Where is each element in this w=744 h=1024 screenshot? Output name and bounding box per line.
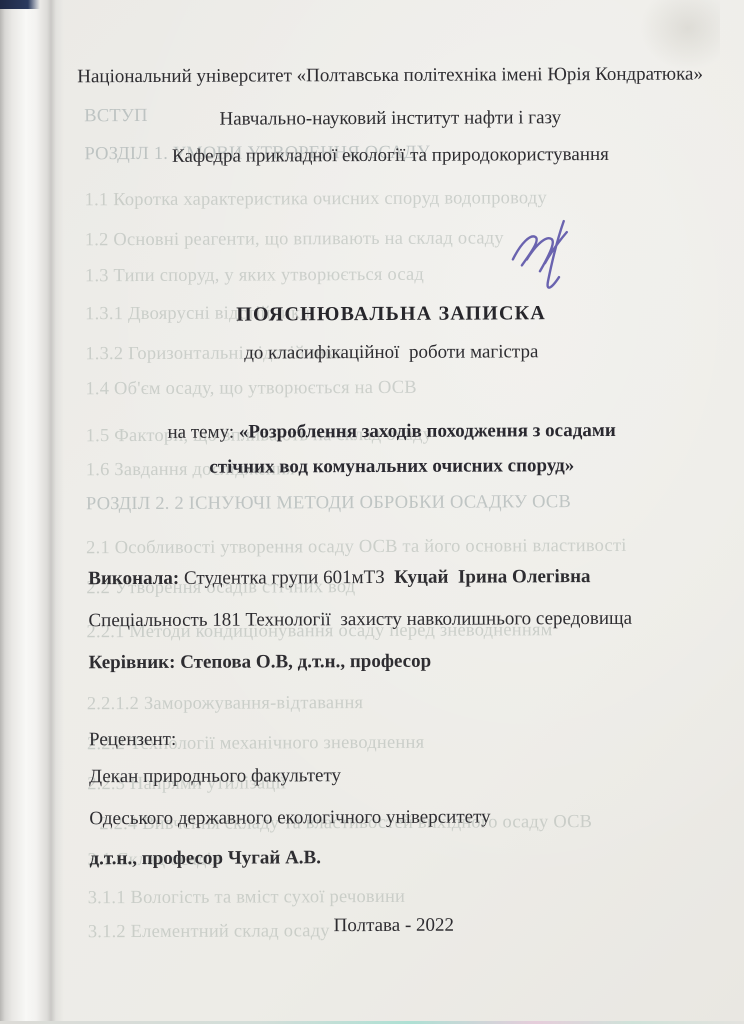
executor-group: Студентка групи 601мТЗ	[179, 567, 394, 589]
university-name: Національний університет «Полтавська пол…	[60, 62, 720, 89]
executor-label: Виконала:	[88, 568, 179, 589]
scanned-page: ВСТУП РОЗДІЛ 1. УМОВИ УТВОРЕННЯ ОСАДУ 1.…	[0, 0, 744, 1024]
institute-name: Навчально-науковий інститут нафти і газу	[60, 105, 720, 132]
document-subtitle: до класифікаційної роботи магістра	[61, 339, 721, 366]
theme-line-2: стічних вод комунальних очисних споруд»	[62, 453, 722, 480]
reviewer-university-line: Одеського державного екологічного універ…	[89, 804, 729, 831]
executor-line: Виконала: Студентка групи 601мТЗ Куцай І…	[88, 564, 728, 591]
reviewer-name-line: д.т.н., професор Чугай А.В.	[89, 844, 729, 871]
city-year: Полтава - 2022	[64, 912, 724, 939]
reviewer-label: Рецензент:	[89, 725, 729, 752]
executor-name: Куцай Ірина Олегівна	[394, 566, 590, 588]
document-title: ПОЯСНЮВАЛЬНА ЗАПИСКА	[61, 300, 721, 328]
department-name: Кафедра прикладної екології та природоко…	[60, 142, 720, 169]
handwritten-signature	[501, 215, 593, 303]
specialty-line: Спеціальность 181 Технології захисту нав…	[88, 606, 728, 633]
reviewer-position-line: Декан природнього факультету	[89, 762, 729, 789]
theme-line-1: на тему: «Розроблення заходів походження…	[62, 418, 722, 445]
supervisor-line: Керівник: Степова О.В, д.т.н., професор	[89, 648, 729, 675]
title-page-content: Національний університет «Полтавська пол…	[0, 0, 744, 1024]
theme-text-1: «Розроблення заходів походження з осадам…	[239, 420, 616, 443]
theme-prefix: на тему:	[167, 422, 238, 443]
